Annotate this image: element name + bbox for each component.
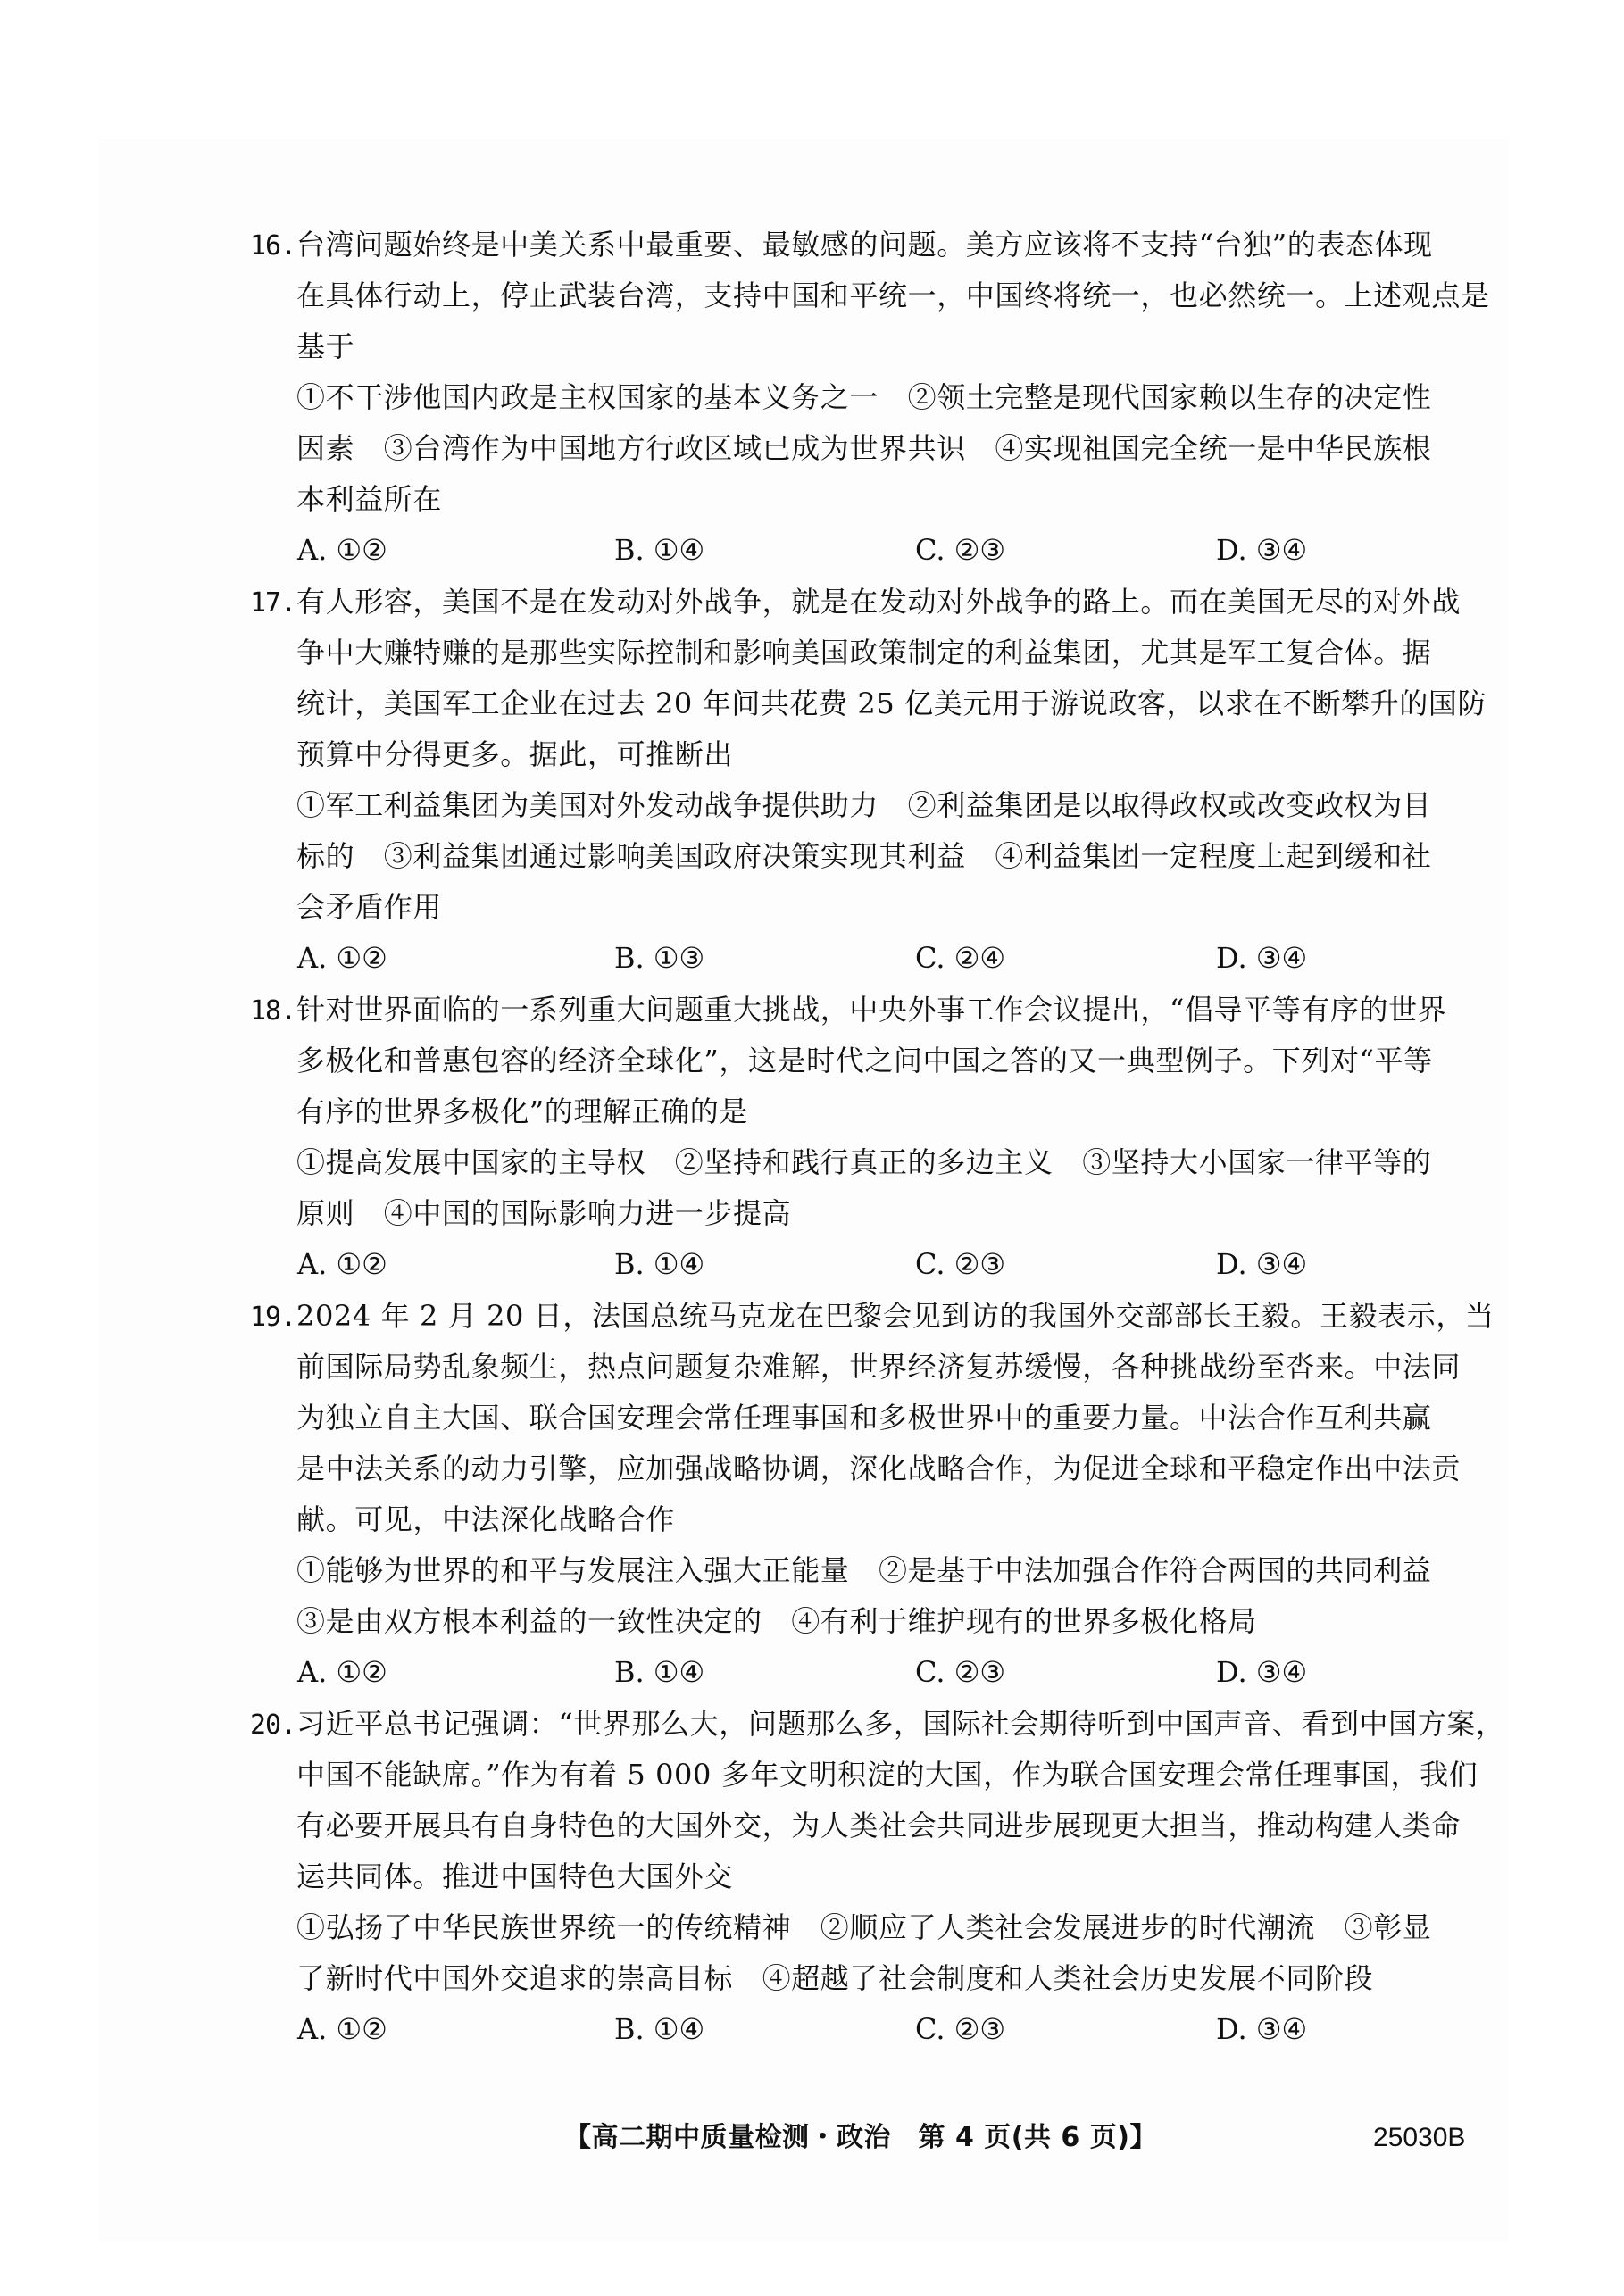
question-number: 19.	[250, 1292, 296, 1343]
answer-options: A. ①②B. ①④C. ②③D. ③④	[250, 1239, 1469, 1290]
question-stem-line: 统计，美国军工企业在过去 20 年间共花费 25 亿美元用于游说政客，以求在不断…	[250, 678, 1469, 729]
option-a[interactable]: A. ①②	[297, 1239, 387, 1290]
question-number: 18.	[250, 986, 296, 1036]
question-19: 19.2024 年 2 月 20 日，法国总统马克龙在巴黎会见到访的我国外交部部…	[250, 1291, 1469, 1698]
option-d[interactable]: D. ③④	[1216, 1647, 1307, 1698]
stem-text: 基于	[296, 329, 354, 363]
question-stem-line: 为独立自主大国、联合国安理会常任理事国和多极世界中的重要力量。中法合作互利共赢	[250, 1393, 1469, 1443]
statement-line: 标的 ③利益集团通过影响美国政府决策实现其利益 ④利益集团一定程度上起到缓和社	[250, 831, 1469, 882]
statement-line: ①能够为世界的和平与发展注入强大正能量 ②是基于中法加强合作符合两国的共同利益	[250, 1545, 1469, 1596]
question-number: 16.	[250, 220, 296, 271]
stem-text: 统计，美国军工企业在过去 20 年间共花费 25 亿美元用于游说政客，以求在不断…	[296, 686, 1487, 720]
option-d[interactable]: D. ③④	[1216, 2004, 1307, 2055]
stem-text: 献。可见，中法深化战略合作	[296, 1502, 675, 1536]
option-c[interactable]: C. ②③	[915, 525, 1005, 576]
option-d[interactable]: D. ③④	[1216, 1239, 1307, 1290]
question-stem-line: 预算中分得更多。据此，可推断出	[250, 729, 1469, 780]
stem-text: 2024 年 2 月 20 日，法国总统马克龙在巴黎会见到访的我国外交部部长王毅…	[296, 1299, 1495, 1333]
answer-options: A. ①②B. ①③C. ②④D. ③④	[250, 933, 1469, 984]
question-number: 17.	[250, 578, 296, 628]
question-stem-line: 19.2024 年 2 月 20 日，法国总统马克龙在巴黎会见到访的我国外交部部…	[250, 1291, 1469, 1342]
question-stem-line: 献。可见，中法深化战略合作	[250, 1494, 1469, 1545]
statement-line: ③是由双方根本利益的一致性决定的 ④有利于维护现有的世界多极化格局	[250, 1596, 1469, 1647]
stem-text: 是中法关系的动力引擎，应加强战略协调，深化战略合作，为促进全球和平稳定作出中法贡	[296, 1452, 1461, 1485]
question-16: 16.台湾问题始终是中美关系中最重要、最敏感的问题。美方应该将不支持“台独”的表…	[250, 220, 1469, 576]
question-stem-line: 运共同体。推进中国特色大国外交	[250, 1851, 1469, 1902]
statement-line: ①军工利益集团为美国对外发动战争提供助力 ②利益集团是以取得政权或改变政权为目	[250, 780, 1469, 831]
stem-text: 习近平总书记强调：“世界那么大，问题那么多，国际社会期待听到中国声音、看到中国方…	[296, 1707, 1505, 1741]
question-stem-line: 18.针对世界面临的一系列重大问题重大挑战，中央外事工作会议提出，“倡导平等有序…	[250, 985, 1469, 1036]
answer-options: A. ①②B. ①④C. ②③D. ③④	[250, 2004, 1469, 2055]
option-b[interactable]: B. ①④	[614, 2004, 704, 2055]
option-b[interactable]: B. ①④	[614, 1239, 704, 1290]
statement-line: ①弘扬了中华民族世界统一的传统精神 ②顺应了人类社会发展进步的时代潮流 ③彰显	[250, 1902, 1469, 1953]
question-18: 18.针对世界面临的一系列重大问题重大挑战，中央外事工作会议提出，“倡导平等有序…	[250, 985, 1469, 1290]
answer-options: A. ①②B. ①④C. ②③D. ③④	[250, 1647, 1469, 1698]
statement-line: 原则 ④中国的国际影响力进一步提高	[250, 1188, 1469, 1239]
statement-line: ①不干涉他国内政是主权国家的基本义务之一 ②领土完整是现代国家赖以生存的决定性	[250, 372, 1469, 423]
stem-text: 争中大赚特赚的是那些实际控制和影响美国政策制定的利益集团，尤其是军工复合体。据	[296, 636, 1431, 670]
statement-line: 了新时代中国外交追求的崇高目标 ④超越了社会制度和人类社会历史发展不同阶段	[250, 1953, 1469, 2004]
option-a[interactable]: A. ①②	[297, 1647, 387, 1698]
question-stem-line: 有序的世界多极化”的理解正确的是	[250, 1086, 1469, 1137]
stem-text: 预算中分得更多。据此，可推断出	[296, 737, 733, 771]
question-stem-line: 17.有人形容，美国不是在发动对外战争，就是在发动对外战争的路上。而在美国无尽的…	[250, 577, 1469, 628]
question-20: 20.习近平总书记强调：“世界那么大，问题那么多，国际社会期待听到中国声音、看到…	[250, 1699, 1469, 2055]
stem-text: 前国际局势乱象频生，热点问题复杂难解，世界经济复苏缓慢，各种挑战纷至沓来。中法同	[296, 1350, 1461, 1384]
question-stem-line: 多极化和普惠包容的经济全球化”，这是时代之问中国之答的又一典型例子。下列对“平等	[250, 1036, 1469, 1086]
question-stem-line: 有必要开展具有自身特色的大国外交，为人类社会共同进步展现更大担当，推动构建人类命	[250, 1801, 1469, 1851]
stem-text: 有序的世界多极化”的理解正确的是	[296, 1094, 748, 1128]
option-a[interactable]: A. ①②	[297, 2004, 387, 2055]
question-stem-line: 是中法关系的动力引擎，应加强战略协调，深化战略合作，为促进全球和平稳定作出中法贡	[250, 1443, 1469, 1494]
question-stem-line: 争中大赚特赚的是那些实际控制和影响美国政策制定的利益集团，尤其是军工复合体。据	[250, 628, 1469, 678]
exam-page: 16.台湾问题始终是中美关系中最重要、最敏感的问题。美方应该将不支持“台独”的表…	[0, 0, 1624, 2296]
option-a[interactable]: A. ①②	[297, 933, 387, 984]
stem-text: 中国不能缺席。”作为有着 5 000 多年文明积淀的大国，作为联合国安理会常任理…	[296, 1758, 1478, 1792]
question-stem-line: 基于	[250, 321, 1469, 372]
stem-text: 有必要开展具有自身特色的大国外交，为人类社会共同进步展现更大担当，推动构建人类命	[296, 1809, 1461, 1843]
answer-options: A. ①②B. ①④C. ②③D. ③④	[250, 525, 1469, 576]
question-stem-line: 16.台湾问题始终是中美关系中最重要、最敏感的问题。美方应该将不支持“台独”的表…	[250, 220, 1469, 270]
question-stem-line: 中国不能缺席。”作为有着 5 000 多年文明积淀的大国，作为联合国安理会常任理…	[250, 1750, 1469, 1801]
option-c[interactable]: C. ②③	[915, 2004, 1005, 2055]
option-d[interactable]: D. ③④	[1216, 933, 1307, 984]
question-stem-line: 20.习近平总书记强调：“世界那么大，问题那么多，国际社会期待听到中国声音、看到…	[250, 1699, 1469, 1750]
exam-code: 25030B	[1373, 2116, 1465, 2160]
option-b[interactable]: B. ①④	[614, 1647, 704, 1698]
stem-text: 针对世界面临的一系列重大问题重大挑战，中央外事工作会议提出，“倡导平等有序的世界	[296, 993, 1446, 1027]
stem-text: 台湾问题始终是中美关系中最重要、最敏感的问题。美方应该将不支持“台独”的表态体现	[296, 228, 1433, 262]
stem-text: 为独立自主大国、联合国安理会常任理事国和多极世界中的重要力量。中法合作互利共赢	[296, 1401, 1431, 1435]
option-b[interactable]: B. ①③	[614, 933, 704, 984]
statement-line: 因素 ③台湾作为中国地方行政区域已成为世界共识 ④实现祖国完全统一是中华民族根	[250, 423, 1469, 474]
option-c[interactable]: C. ②③	[915, 1647, 1005, 1698]
question-stem-line: 前国际局势乱象频生，热点问题复杂难解，世界经济复苏缓慢，各种挑战纷至沓来。中法同	[250, 1342, 1469, 1393]
page-footer: 【高二期中质量检测・政治 第 4 页(共 6 页)】	[564, 2116, 1157, 2160]
option-b[interactable]: B. ①④	[614, 525, 704, 576]
question-17: 17.有人形容，美国不是在发动对外战争，就是在发动对外战争的路上。而在美国无尽的…	[250, 577, 1469, 984]
statement-line: 本利益所在	[250, 474, 1469, 525]
stem-text: 运共同体。推进中国特色大国外交	[296, 1859, 733, 1893]
statement-line: ①提高发展中国家的主导权 ②坚持和践行真正的多边主义 ③坚持大小国家一律平等的	[250, 1137, 1469, 1188]
statement-line: 会矛盾作用	[250, 882, 1469, 933]
stem-text: 多极化和普惠包容的经济全球化”，这是时代之问中国之答的又一典型例子。下列对“平等	[296, 1044, 1433, 1077]
option-a[interactable]: A. ①②	[297, 525, 387, 576]
stem-text: 在具体行动上，停止武装台湾，支持中国和平统一，中国终将统一，也必然统一。上述观点…	[296, 279, 1490, 312]
option-c[interactable]: C. ②③	[915, 1239, 1005, 1290]
question-number: 20.	[250, 1700, 296, 1751]
question-stem-line: 在具体行动上，停止武装台湾，支持中国和平统一，中国终将统一，也必然统一。上述观点…	[250, 270, 1469, 321]
option-d[interactable]: D. ③④	[1216, 525, 1307, 576]
stem-text: 有人形容，美国不是在发动对外战争，就是在发动对外战争的路上。而在美国无尽的对外战	[296, 585, 1461, 619]
option-c[interactable]: C. ②④	[915, 933, 1005, 984]
